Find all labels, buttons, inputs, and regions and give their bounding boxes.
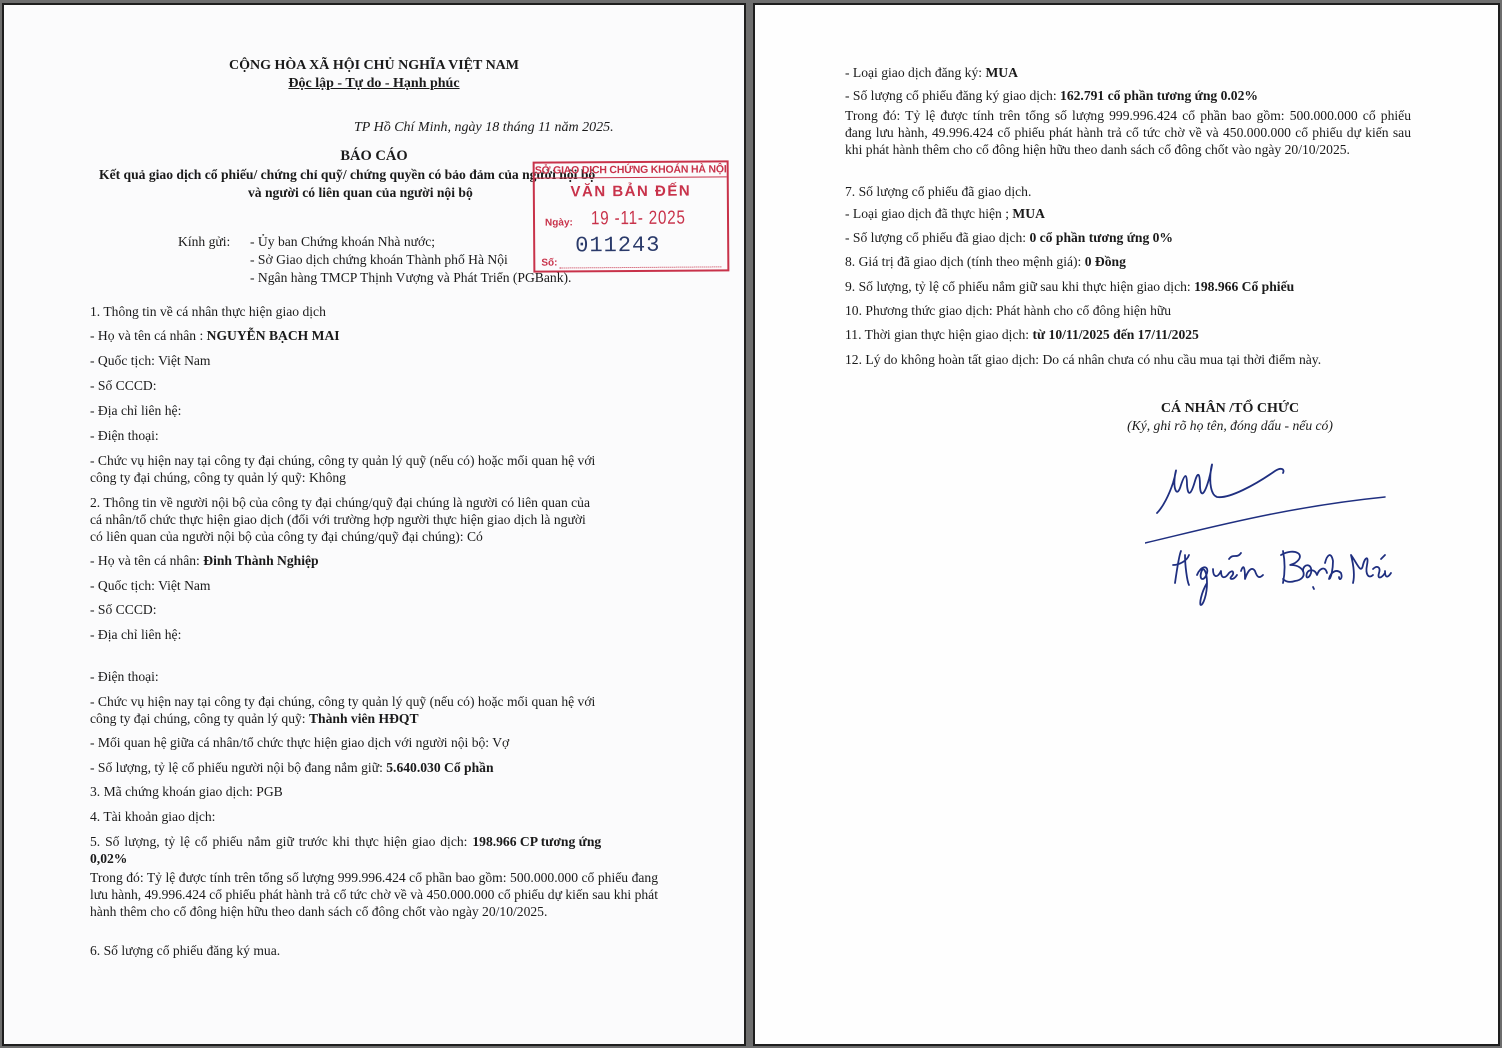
reg-qty-value: 162.791 cổ phần tương ứng 0.02% xyxy=(1060,88,1258,103)
section7-heading: 7. Số lượng cổ phiếu đã giao dịch. xyxy=(845,183,1031,200)
section1-id-card: - Số CCCD: xyxy=(90,377,156,394)
section2-heading-line2: cá nhân/tổ chức thực hiện giao dịch (đối… xyxy=(90,511,586,528)
reg-qty-row: - Số lượng cổ phiếu đăng ký giao dịch: 1… xyxy=(845,87,1258,104)
section5-label: 5. Số lượng, tỷ lệ cổ phiếu nắm giữ trướ… xyxy=(90,834,472,849)
section11-row: 11. Thời gian thực hiện giao dịch: từ 10… xyxy=(845,326,1199,343)
section10-method: 10. Phương thức giao dịch: Phát hành cho… xyxy=(845,302,1171,319)
insider-holding-label: - Số lượng, tỷ lệ cổ phiếu người nội bộ … xyxy=(90,760,386,775)
recipient-1: - Ủy ban Chứng khoán Nhà nước; xyxy=(250,233,435,250)
stamp-number-label: Số: xyxy=(541,258,557,269)
recipients-label: Kính gửi: xyxy=(178,233,230,250)
reg-type-value: MUA xyxy=(985,65,1017,80)
done-qty-value: 0 cổ phần tương ứng 0% xyxy=(1029,230,1173,245)
section1-address: - Địa chỉ liên hệ: xyxy=(90,402,181,419)
section1-name-value: NGUYỄN BẠCH MAI xyxy=(207,328,340,343)
section2-phone: - Điện thoại: xyxy=(90,668,159,685)
section9-value: 198.966 Cổ phiếu xyxy=(1194,279,1294,294)
section8-row: 8. Giá trị đã giao dịch (tính theo mệnh … xyxy=(845,253,1126,270)
section8-label: 8. Giá trị đã giao dịch (tính theo mệnh … xyxy=(845,254,1085,269)
section1-nationality: - Quốc tịch: Việt Nam xyxy=(90,352,211,369)
section5-value-line1: 198.966 CP tương ứng xyxy=(472,834,601,849)
section1-position-line1: - Chức vụ hiện nay tại công ty đại chúng… xyxy=(90,452,595,469)
stamp-date-label: Ngày: xyxy=(545,217,573,228)
section8-value: 0 Đồng xyxy=(1085,254,1126,269)
section2-address: - Địa chỉ liên hệ: xyxy=(90,626,181,643)
done-type-row: - Loại giao dịch đã thực hiện ; MUA xyxy=(845,205,1045,222)
signature-instruction: (Ký, ghi rõ họ tên, đóng dấu - nếu có) xyxy=(1065,417,1395,434)
reg-qty-label: - Số lượng cổ phiếu đăng ký giao dịch: xyxy=(845,88,1060,103)
stamp-date-value: 19 -11- 2025 xyxy=(591,208,686,231)
section5-value-line2: 0,02% xyxy=(90,850,127,867)
section2-heading-line1: 2. Thông tin về người nội bộ của công ty… xyxy=(90,494,590,511)
section2-position-label: công ty đại chúng, công ty quản lý quỹ: xyxy=(90,711,309,726)
page2-note: Trong đó: Tỷ lệ được tính trên tổng số l… xyxy=(845,107,1411,159)
section9-row: 9. Số lượng, tỷ lệ cổ phiếu nắm giữ sau … xyxy=(845,278,1294,295)
reg-type-row: - Loại giao dịch đăng ký: MUA xyxy=(845,64,1018,81)
section2-name-label: - Họ và tên cá nhân: xyxy=(90,553,203,568)
document-page-2: - Loại giao dịch đăng ký: MUA - Số lượng… xyxy=(753,3,1500,1046)
section2-name-value: Đinh Thành Nghiệp xyxy=(203,553,318,568)
section11-label: 11. Thời gian thực hiện giao dịch: xyxy=(845,327,1032,342)
done-type-value: MUA xyxy=(1012,206,1044,221)
section5-note: Trong đó: Tỷ lệ được tính trên tổng số l… xyxy=(90,869,658,921)
signature-scribble-icon xyxy=(1145,455,1395,615)
section1-position-line2: công ty đại chúng, công ty quản lý quỹ: … xyxy=(90,469,346,486)
document-page-1: CỘNG HÒA XÃ HỘI CHỦ NGHĨA VIỆT NAM Độc l… xyxy=(2,3,746,1046)
section12-reason: 12. Lý do không hoàn tất giao dịch: Do c… xyxy=(845,351,1321,368)
place-date: TP Hồ Chí Minh, ngày 18 tháng 11 năm 202… xyxy=(354,119,614,136)
recipient-2: - Sở Giao dịch chứng khoán Thành phố Hà … xyxy=(250,251,508,268)
section5-row: 5. Số lượng, tỷ lệ cổ phiếu nắm giữ trướ… xyxy=(90,833,658,850)
section1-name-row: - Họ và tên cá nhân : NGUYỄN BẠCH MAI xyxy=(90,327,340,344)
reg-type-label: - Loại giao dịch đăng ký: xyxy=(845,65,985,80)
section2-relationship: - Mối quan hệ giữa cá nhân/tổ chức thực … xyxy=(90,734,509,751)
section2-position-value: Thành viên HĐQT xyxy=(309,711,419,726)
section2-position-line2: công ty đại chúng, công ty quản lý quỹ: … xyxy=(90,710,419,727)
report-subtitle-line2: và người có liên quan của người nội bộ xyxy=(248,184,473,201)
section1-phone: - Điện thoại: xyxy=(90,427,159,444)
stamp-title: VĂN BẢN ĐẾN xyxy=(535,182,727,200)
section6-heading: 6. Số lượng cổ phiếu đăng ký mua. xyxy=(90,942,280,959)
stamp-organization: SỞ GIAO DỊCH CHỨNG KHOÁN HÀ NỘI xyxy=(535,163,727,178)
report-subtitle-line1: Kết quả giao dịch cổ phiếu/ chứng chỉ qu… xyxy=(99,166,595,183)
stamp-dotted-line xyxy=(559,266,721,268)
section4-account: 4. Tài khoản giao dịch: xyxy=(90,808,215,825)
insider-holding-value: 5.640.030 Cổ phần xyxy=(386,760,493,775)
signature-title: CÁ NHÂN /TỔ CHỨC xyxy=(1065,400,1395,417)
stamp-number: 011243 xyxy=(575,233,660,259)
done-type-label: - Loại giao dịch đã thực hiện ; xyxy=(845,206,1012,221)
section11-value: từ 10/11/2025 đến 17/11/2025 xyxy=(1032,327,1198,342)
section2-position-line1: - Chức vụ hiện nay tại công ty đại chúng… xyxy=(90,693,595,710)
section2-insider-holding: - Số lượng, tỷ lệ cổ phiếu người nội bộ … xyxy=(90,759,494,776)
section1-heading: 1. Thông tin về cá nhân thực hiện giao d… xyxy=(90,303,326,320)
section2-id-card: - Số CCCD: xyxy=(90,601,156,618)
done-qty-label: - Số lượng cổ phiếu đã giao dịch: xyxy=(845,230,1029,245)
section1-name-label: - Họ và tên cá nhân : xyxy=(90,328,207,343)
done-qty-row: - Số lượng cổ phiếu đã giao dịch: 0 cổ p… xyxy=(845,229,1173,246)
section2-name-row: - Họ và tên cá nhân: Đinh Thành Nghiệp xyxy=(90,552,319,569)
section2-heading-line3: có liên quan của người nội bộ của công t… xyxy=(90,528,483,545)
section3-ticker: 3. Mã chứng khoán giao dịch: PGB xyxy=(90,783,283,800)
header-motto: Độc lập - Tự do - Hạnh phúc xyxy=(4,75,744,92)
recipient-3: - Ngân hàng TMCP Thịnh Vượng và Phát Tri… xyxy=(250,269,571,286)
header-country: CỘNG HÒA XÃ HỘI CHỦ NGHĨA VIỆT NAM xyxy=(4,57,744,74)
received-document-stamp: SỞ GIAO DỊCH CHỨNG KHOÁN HÀ NỘI VĂN BẢN … xyxy=(533,160,730,272)
section2-nationality: - Quốc tịch: Việt Nam xyxy=(90,577,211,594)
section9-label: 9. Số lượng, tỷ lệ cổ phiếu nắm giữ sau … xyxy=(845,279,1194,294)
